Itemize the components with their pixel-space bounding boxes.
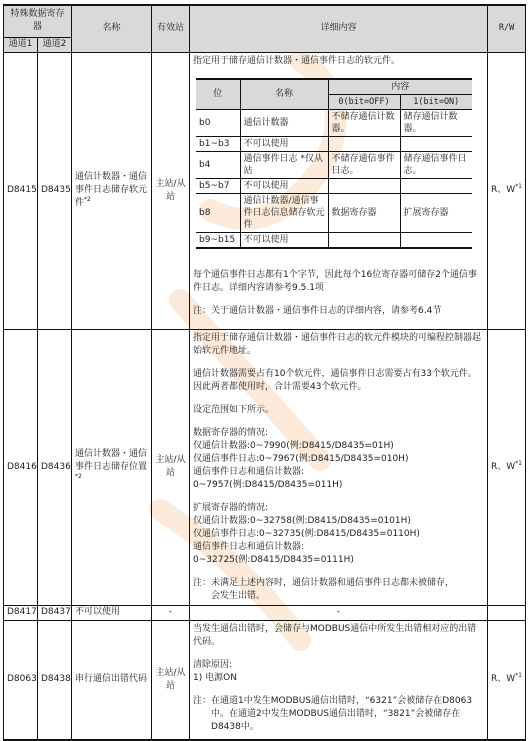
channel2-cell: D8437 <box>38 605 72 620</box>
name-cell: 不可以使用 <box>72 605 152 620</box>
bit-table: 位 名称 内容 0(bit=OFF) 1(bit=ON) b0通信计数器不储存通… <box>196 78 472 249</box>
detail-cell: 指定用于储存通信计数器・通信事件日志的软元件。 位 名称 内容 0(bit=OF… <box>190 52 488 329</box>
detail-paragraph: 每个通信事件日志都有1个字节，因此每个16位寄存器可储存2个通信事件日志。详细内… <box>193 269 484 295</box>
channel1-cell: D8415 <box>4 52 38 329</box>
table-row: D8415 D8435 通信计数器・通信事件日志储存软元件*2 主站/从站 指定… <box>4 52 526 329</box>
detail-header: 详细内容 <box>190 5 488 52</box>
table-row: D8063 D8438 串行通信出错代码 主站/从站 当发生通信出错时，会储存与… <box>4 620 526 740</box>
channel1-cell: D8416 <box>4 329 38 605</box>
channel2-header: 通道2 <box>38 37 72 52</box>
rw-cell: R、W*1 <box>488 620 526 740</box>
detail-note: 注：未满足上述内容时，通信计数器和通信事件日志都未被储存， <box>193 577 484 590</box>
special-register-header: 特殊数据寄存器 <box>4 5 72 37</box>
bit-name-header: 名称 <box>240 79 328 110</box>
channel2-cell: D8435 <box>38 52 72 329</box>
rw-cell: R、W*1 <box>488 52 526 329</box>
channel1-header: 通道1 <box>4 37 38 52</box>
station-cell: 主站/从站 <box>152 52 190 329</box>
channel2-cell: D8438 <box>38 620 72 740</box>
content-header: 内容 <box>328 79 472 95</box>
station-cell: 主站/从站 <box>152 329 190 605</box>
channel1-cell: D8063 <box>4 620 38 740</box>
rw-cell <box>488 605 526 620</box>
detail-note: 注：在通道1中发生MODBUS通信出错时，“6321”会被储存在D8063 <box>193 695 484 708</box>
detail-note: 注：关于通信计数器・通信事件日志的详细内容，请参考6.4节 <box>193 305 484 318</box>
station-cell: - <box>152 605 190 620</box>
name-cell: 通信计数器・通信事件日志储存软元件*2 <box>72 52 152 329</box>
station-cell: 主站/从站 <box>152 620 190 740</box>
bit-row: b5~b7不可以使用 <box>196 178 472 193</box>
valid-station-header: 有效站 <box>152 5 190 52</box>
table-row: D8416 D8436 通信计数器・通信事件日志储存位置*2 主站/从站 指定用… <box>4 329 526 605</box>
name-header: 名称 <box>72 5 152 52</box>
off-header: 0(bit=OFF) <box>328 94 400 109</box>
bit-row: b1~b3不可以使用 <box>196 136 472 151</box>
detail-intro: 指定用于储存通信计数器・通信事件日志的软元件。 <box>193 55 484 68</box>
name-cell: 通信计数器・通信事件日志储存位置*2 <box>72 329 152 605</box>
special-register-table: 特殊数据寄存器 名称 有效站 详细内容 R/W 通道1 通道2 D8415 D8… <box>3 4 526 741</box>
bit-row: b0通信计数器不储存通信计数器。储存通信计数器。 <box>196 109 472 136</box>
bit-header: 位 <box>196 79 240 110</box>
bit-row: b9~b15不可以使用 <box>196 232 472 248</box>
detail-cell: 指定用于储存通信计数器・通信事件日志的软元件模块的可编程控制器起始软元件地址。 … <box>190 329 488 605</box>
channel1-cell: D8417 <box>4 605 38 620</box>
channel2-cell: D8436 <box>38 329 72 605</box>
bit-row: b4通信事件日志 *仅从站不储存通信事件日志。储存通信事件日志。 <box>196 151 472 178</box>
on-header: 1(bit=ON) <box>400 94 472 109</box>
rw-cell: R、W*1 <box>488 329 526 605</box>
detail-cell: 当发生通信出错时，会储存与MODBUS通信中所发生出错相对应的出错代码。 清除原… <box>190 620 488 740</box>
bit-row: b8通信计数器/通信事件日志信息储存软元件数据寄存器扩展寄存器 <box>196 193 472 232</box>
name-cell: 串行通信出错代码 <box>72 620 152 740</box>
detail-cell: - <box>190 605 488 620</box>
rw-header: R/W <box>488 5 526 52</box>
table-row: D8417 D8437 不可以使用 - - <box>4 605 526 620</box>
